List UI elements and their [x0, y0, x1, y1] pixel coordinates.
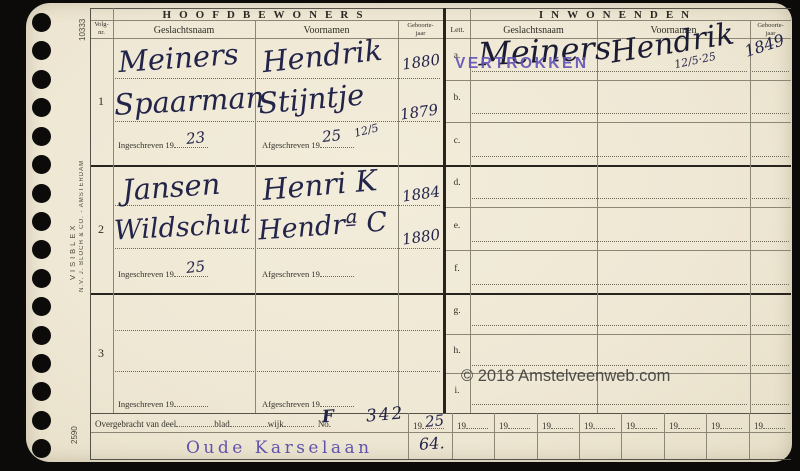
writing-line	[115, 121, 440, 122]
punch-hole	[32, 439, 51, 458]
grid-line	[537, 413, 538, 459]
vertrokken-stamp: VERTROKKEN	[455, 55, 589, 73]
column-header-volgnr-line1: Volg-	[90, 21, 113, 29]
grid-line	[445, 122, 791, 123]
grid-line	[749, 413, 750, 459]
punch-hole	[32, 13, 51, 32]
year-prefix: 19	[499, 421, 508, 431]
column-header-surname-left: Geslachtsnaam	[113, 25, 255, 36]
section-title-hoofdbewoners: HOOFDBEWONERS	[90, 9, 443, 21]
letter-label-e: e.	[447, 221, 467, 231]
overgebracht-label: Overgebracht van deelbladwijkNo.	[95, 418, 331, 429]
ingeschreven-text: Ingeschreven 19	[118, 140, 174, 150]
dotted-fill	[593, 420, 615, 429]
dotted-fill	[230, 418, 268, 427]
overgebracht-text: Overgebracht van deel	[95, 419, 176, 429]
grid-line	[408, 413, 409, 459]
grid-line	[579, 413, 580, 459]
dotted-fill	[635, 420, 657, 429]
writing-line	[472, 404, 747, 405]
writing-line	[472, 113, 747, 114]
column-header-volgnr: Volg- nr.	[90, 21, 113, 36]
handwritten-surname: Jansen	[121, 167, 221, 208]
year-prefix: 19	[457, 421, 466, 431]
column-header-lett: Lett.	[445, 25, 470, 34]
year-cell-label: 19	[584, 420, 615, 431]
handwritten-ingeschreven-year: 23	[185, 128, 206, 148]
letter-label-c: c.	[447, 136, 467, 146]
punch-hole	[32, 326, 51, 345]
writing-line	[752, 365, 789, 366]
year-prefix: 19	[711, 421, 720, 431]
year-cell-label: 19	[669, 420, 700, 431]
letter-label-h: h.	[447, 346, 467, 356]
grid-line	[494, 413, 495, 459]
column-header-volgnr-line2: nr.	[90, 29, 113, 37]
punch-hole	[32, 269, 51, 288]
grid-line	[398, 20, 399, 413]
punch-hole	[32, 382, 51, 401]
year-prefix: 19	[413, 421, 422, 431]
grid-line	[664, 413, 665, 459]
dotted-fill	[174, 398, 208, 407]
punch-hole	[32, 70, 51, 89]
year-prefix: 19	[584, 421, 593, 431]
dotted-fill	[176, 418, 214, 427]
writing-line	[752, 156, 789, 157]
punch-hole	[32, 297, 51, 316]
letter-label-g: g.	[447, 306, 467, 316]
grid-line	[445, 334, 791, 335]
population-register-card-scan: 10333 VISIBLEX N.V. J. BLOCH & CO. - AMS…	[0, 0, 800, 471]
grid-line	[445, 250, 791, 251]
writing-line	[752, 325, 789, 326]
writing-line	[472, 284, 747, 285]
writing-line	[752, 284, 789, 285]
dotted-fill	[720, 420, 742, 429]
grid-line	[445, 207, 791, 208]
writing-line	[752, 404, 789, 405]
letter-label-f: f.	[447, 264, 467, 274]
printer-brand: VISIBLEX	[68, 208, 77, 280]
writing-line	[115, 248, 440, 249]
year-cell-label: 19	[457, 420, 488, 431]
handwritten-house-number: 64.	[418, 433, 445, 454]
serial-number-bottom: 2590	[70, 414, 79, 444]
dotted-fill	[763, 420, 785, 429]
dotted-fill	[551, 420, 573, 429]
printer-name: N.V. J. BLOCH & CO. - AMSTERDAM	[79, 168, 85, 292]
punch-hole	[32, 184, 51, 203]
section-title-inwonenden: INWONENDEN	[445, 9, 791, 21]
year-cell-label: 19	[499, 420, 530, 431]
letter-label-i: i.	[447, 386, 467, 396]
dotted-fill	[320, 268, 354, 277]
grid-line	[90, 165, 791, 167]
grid-line	[255, 20, 256, 413]
center-divider	[443, 8, 446, 413]
writing-line	[472, 156, 747, 157]
grid-line	[90, 8, 91, 459]
writing-line	[472, 241, 747, 242]
year-cell-label: 19	[542, 420, 573, 431]
wijk-text: wijk	[268, 419, 284, 429]
grid-line	[90, 293, 791, 295]
dotted-fill	[508, 420, 530, 429]
year-prefix: 19	[754, 421, 763, 431]
column-header-birthyear-line1: Geboorte-	[750, 22, 791, 30]
punch-hole	[32, 240, 51, 259]
afgeschreven-text: Afgeschreven 19	[262, 269, 320, 279]
handwritten-ingeschreven-year: 25	[185, 257, 206, 277]
dotted-fill	[320, 398, 354, 407]
copyright-watermark: © 2018 Amstelveenweb.com	[461, 367, 670, 386]
punch-hole	[32, 354, 51, 373]
grid-line	[621, 413, 622, 459]
writing-line	[115, 371, 440, 372]
grid-line	[597, 20, 598, 413]
handwritten-afgeschreven-year: 25	[321, 126, 342, 146]
punch-hole	[32, 212, 51, 231]
punch-hole	[32, 411, 51, 430]
handwritten-year: 25	[424, 411, 445, 431]
letter-label-d: d.	[447, 178, 467, 188]
grid-line	[113, 8, 114, 413]
serial-number-top: 10333	[78, 5, 87, 41]
grid-line	[706, 413, 707, 459]
row-number-2: 2	[92, 222, 110, 237]
punch-hole	[32, 127, 51, 146]
dotted-fill	[284, 418, 314, 427]
year-prefix: 19	[626, 421, 635, 431]
ingeschreven-text: Ingeschreven 19	[118, 269, 174, 279]
punch-hole	[32, 98, 51, 117]
row-number-1: 1	[92, 94, 110, 109]
grid-line	[452, 413, 453, 459]
row-number-3: 3	[92, 346, 110, 361]
afgeschreven-label: Afgeschreven 19	[262, 398, 354, 409]
afgeschreven-text: Afgeschreven 19	[262, 140, 320, 150]
blad-text: blad	[214, 419, 230, 429]
writing-line	[472, 365, 747, 366]
punch-hole	[32, 155, 51, 174]
grid-line	[750, 20, 751, 413]
writing-line	[115, 78, 440, 79]
writing-line	[752, 198, 789, 199]
dotted-fill	[678, 420, 700, 429]
writing-line	[752, 113, 789, 114]
dotted-fill	[466, 420, 488, 429]
year-cell-label: 19	[626, 420, 657, 431]
year-prefix: 19	[542, 421, 551, 431]
writing-line	[752, 241, 789, 242]
ingeschreven-label: Ingeschreven 19	[118, 398, 208, 409]
writing-line	[472, 198, 747, 199]
year-cell-label: 19	[754, 420, 785, 431]
grid-line	[445, 80, 791, 81]
ingeschreven-text: Ingeschreven 19	[118, 399, 174, 409]
street-stamp: Oude Karselaan	[186, 438, 373, 458]
column-header-birthyear-line1: Geboorte-	[398, 22, 443, 30]
year-cell-label: 19	[711, 420, 742, 431]
column-header-birthyear-line2: jaar	[398, 30, 443, 38]
letter-label-b: b.	[447, 93, 467, 103]
writing-line	[752, 71, 789, 72]
afgeschreven-label: Afgeschreven 19	[262, 268, 354, 279]
writing-line	[115, 330, 440, 331]
handwritten-number: 342	[365, 403, 405, 426]
afgeschreven-text: Afgeschreven 19	[262, 399, 320, 409]
column-header-birthyear-left: Geboorte- jaar	[398, 22, 443, 37]
handwritten-wijk: F	[321, 407, 334, 428]
punch-hole	[32, 41, 51, 60]
grid-line	[90, 459, 791, 460]
writing-line	[472, 325, 747, 326]
year-prefix: 19	[669, 421, 678, 431]
